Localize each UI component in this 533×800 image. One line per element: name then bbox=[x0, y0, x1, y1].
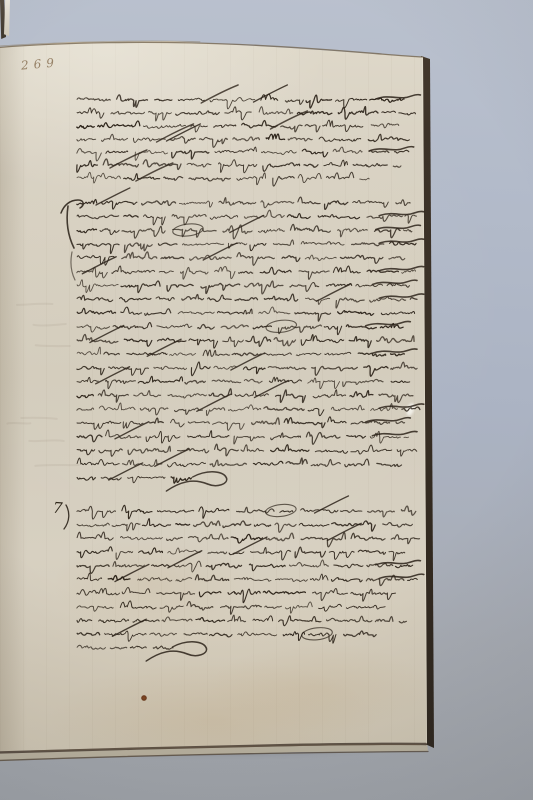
manuscript-page bbox=[0, 0, 533, 800]
underleaf-sliver bbox=[4, 0, 10, 36]
photo-background: 269 7 bbox=[0, 0, 533, 800]
paper-fiber bbox=[405, 402, 416, 417]
ink-spot bbox=[141, 695, 147, 701]
margin-item-numeral: 7 bbox=[52, 499, 63, 518]
